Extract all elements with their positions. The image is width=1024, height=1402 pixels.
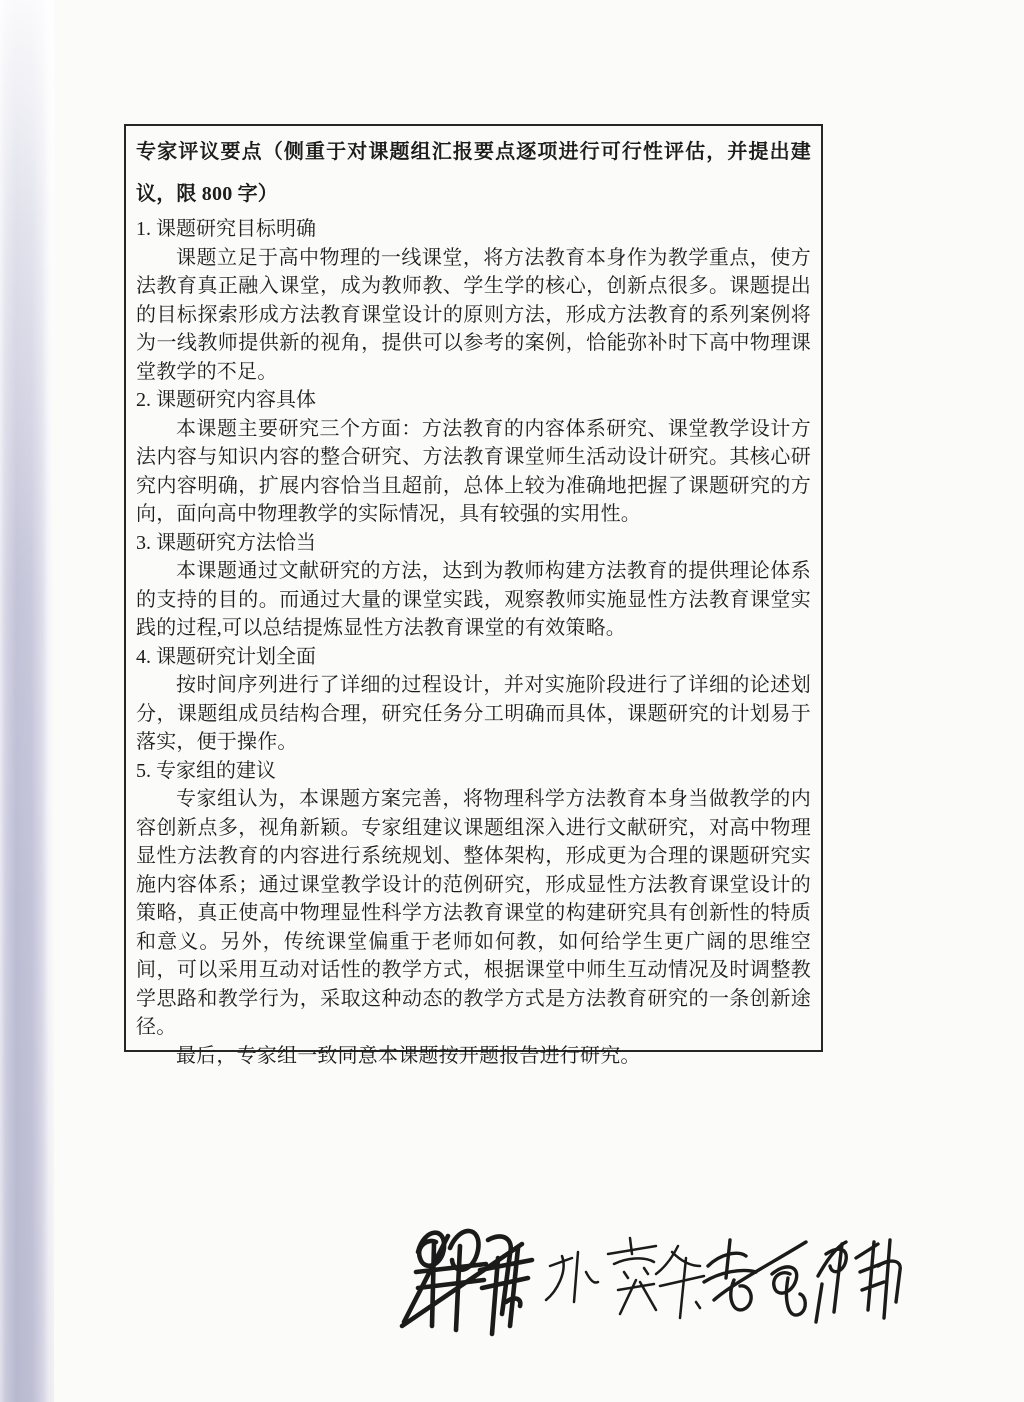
signature-3 [704,1240,806,1315]
section-paragraph: 本课题主要研究三个方面：方法教育的内容体系研究、课堂教学设计方法内容与知识内容的… [136,415,811,529]
signature-area [390,1212,920,1347]
section-title: 3. 课题研究方法恰当 [136,529,811,558]
section-paragraph: 专家组认为，本课题方案完善，将物理科学方法教育本身当做教学的内容创新点多，视角新… [136,785,811,1042]
review-heading: 专家评议要点（侧重于对课题组汇报要点逐项进行可行性评估，并提出建议，限 800 … [136,131,811,215]
review-section-1: 1. 课题研究目标明确 课题立足于高中物理的一线课堂，将方法教育本身作为教学重点… [136,215,811,386]
signature-1 [402,1231,532,1334]
review-section-4: 4. 课题研究计划全面 按时间序列进行了详细的过程设计，并对实施阶段进行了详细的… [136,643,811,757]
review-section-2: 2. 课题研究内容具体 本课题主要研究三个方面：方法教育的内容体系研究、课堂教学… [136,386,811,529]
book-spine-edge [0,0,54,1402]
section-title: 1. 课题研究目标明确 [136,215,811,244]
signature-4 [816,1240,900,1322]
handwritten-signatures [390,1212,920,1347]
review-section-5: 5. 专家组的建议 专家组认为，本课题方案完善，将物理科学方法教育本身当做教学的… [136,757,811,1071]
section-paragraph: 最后，专家组一致同意本课题按开题报告进行研究。 [136,1042,811,1071]
scanned-document-page: { "review": { "heading": "专家评议要点（侧重于对课题组… [0,0,1024,1402]
signature-2 [546,1238,704,1318]
section-paragraph: 按时间序列进行了详细的过程设计，并对实施阶段进行了详细的论述划分，课题组成员结构… [136,671,811,757]
section-title: 2. 课题研究内容具体 [136,386,811,415]
review-section-3: 3. 课题研究方法恰当 本课题通过文献研究的方法，达到为教师构建方法教育的提供理… [136,529,811,643]
section-title: 5. 专家组的建议 [136,757,811,786]
section-title: 4. 课题研究计划全面 [136,643,811,672]
section-paragraph: 课题立足于高中物理的一线课堂，将方法教育本身作为教学重点，使方法教育真正融入课堂… [136,244,811,387]
expert-review-box: 专家评议要点（侧重于对课题组汇报要点逐项进行可行性评估，并提出建议，限 800 … [124,124,823,1052]
section-paragraph: 本课题通过文献研究的方法，达到为教师构建方法教育的提供理论体系的支持的目的。而通… [136,557,811,643]
